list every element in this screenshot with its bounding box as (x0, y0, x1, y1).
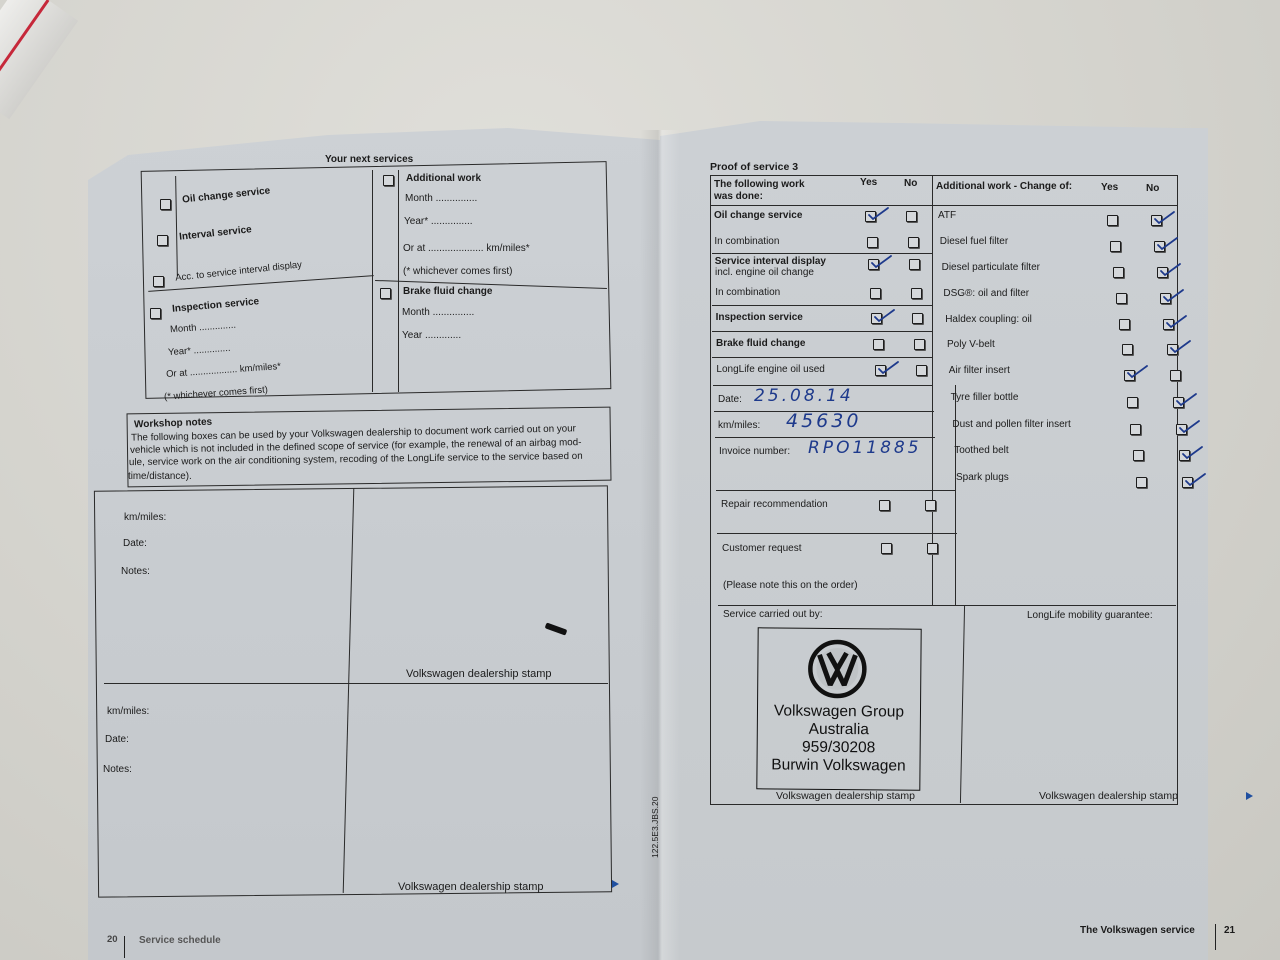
additional-item-no-checkbox[interactable] (1170, 370, 1181, 381)
work-header-no: No (904, 178, 917, 189)
divider (932, 175, 933, 206)
checkmark-icon (873, 308, 895, 322)
brake-fluid-year: Year ............. (402, 330, 461, 341)
additional-item-yes-checkbox[interactable] (1133, 450, 1144, 461)
additional-work-month: Month ............... (405, 193, 477, 204)
additional-item-label: Air filter insert (949, 365, 1010, 376)
checkmark-icon (1165, 314, 1187, 328)
checkmark-icon (1162, 288, 1184, 302)
dealership-stamp: Volkswagen Group Australia 959/30208 Bur… (756, 627, 921, 790)
invoice-label: Invoice number: (719, 446, 790, 457)
footer-separator (124, 936, 125, 958)
checkmark-icon (867, 206, 889, 220)
entry1-date-label: Date: (123, 538, 147, 549)
entry2-date-label: Date: (105, 734, 129, 745)
footer-separator (1215, 924, 1216, 950)
work-item-no-checkbox[interactable] (909, 259, 920, 270)
divider (711, 205, 1177, 206)
additional-item-yes-checkbox[interactable] (1116, 293, 1127, 304)
work-item-label: Oil change service (714, 210, 802, 221)
divider (955, 385, 956, 605)
additional-item-yes-checkbox[interactable] (1127, 397, 1138, 408)
checkmark-icon (1156, 236, 1178, 250)
continue-arrow-icon (612, 880, 619, 888)
work-item-label: Brake fluid change (716, 338, 805, 349)
divider (372, 170, 373, 392)
checkmark-icon (877, 360, 899, 374)
additional-item-yes-checkbox[interactable] (1136, 477, 1147, 488)
guarantee-label: LongLife mobility guarantee: (1027, 610, 1153, 621)
checkmark-icon (1175, 392, 1197, 406)
checkmark-icon (1178, 419, 1200, 433)
additional-item-label: Diesel fuel filter (940, 236, 1008, 247)
workshop-entries-frame (94, 485, 612, 897)
additional-item-yes-checkbox[interactable] (1119, 319, 1130, 330)
additional-item-yes-checkbox[interactable] (1113, 267, 1124, 278)
inspection-service-checkbox[interactable] (150, 308, 161, 319)
entry1-notes-label: Notes: (121, 566, 150, 577)
additional-item-label: Haldex coupling: oil (945, 314, 1032, 325)
repair-recommendation-yes-checkbox[interactable] (879, 500, 890, 511)
additional-item-label: ATF (938, 210, 956, 221)
work-item-label: In combination (714, 236, 779, 247)
oil-change-checkbox[interactable] (160, 199, 171, 210)
checkmark-icon (1184, 472, 1206, 486)
work-item-yes-checkbox[interactable] (873, 339, 884, 350)
entry2-notes-label: Notes: (103, 764, 132, 775)
checkmark-icon (870, 254, 892, 268)
divider (716, 490, 956, 491)
additional-item-label: Poly V-belt (947, 339, 995, 350)
repair-recommendation-label: Repair recommendation (721, 499, 828, 510)
service-by-label: Service carried out by: (723, 609, 823, 620)
additional-work-or-at: Or at .................... km/miles* (403, 243, 530, 254)
work-item-no-checkbox[interactable] (911, 288, 922, 299)
work-item-sublabel: incl. engine oil change (715, 267, 814, 278)
vw-logo-icon (807, 639, 868, 700)
interval-service-checkbox[interactable] (157, 235, 168, 246)
entry2-stamp-label: Volkswagen dealership stamp (398, 881, 544, 893)
work-item-no-checkbox[interactable] (908, 237, 919, 248)
right-page-number: 21 (1224, 925, 1235, 936)
additional-work-note: (* whichever comes first) (403, 266, 512, 277)
invoice-value[interactable]: RPO11885 (808, 438, 922, 458)
additional-header-label: Additional work - Change of: (936, 181, 1072, 192)
customer-request-label: Customer request (722, 543, 801, 554)
stamp-label-left: Volkswagen dealership stamp (776, 790, 915, 802)
checkmark-icon (1169, 339, 1191, 353)
additional-work-label: Additional work (406, 173, 481, 184)
entry2-km-label: km/miles: (107, 706, 149, 717)
additional-item-label: Tyre filler bottle (951, 392, 1019, 403)
additional-header-yes: Yes (1101, 182, 1118, 193)
work-header-yes: Yes (860, 177, 877, 188)
checkmark-icon (1153, 210, 1175, 224)
right-page-footer: The Volkswagen service (1080, 925, 1195, 936)
date-label: Date: (718, 394, 742, 405)
booklet-gutter (640, 130, 680, 960)
entry1-km-label: km/miles: (124, 512, 166, 523)
service-interval-display-checkbox[interactable] (153, 276, 164, 287)
divider (712, 357, 933, 358)
work-header-label: The following work was done: (714, 179, 824, 203)
additional-header-no: No (1146, 183, 1159, 194)
checkmark-icon (1181, 445, 1203, 459)
divider (718, 605, 1176, 606)
stamp-label-right: Volkswagen dealership stamp (1039, 790, 1178, 802)
divider (104, 683, 608, 684)
checkmark-icon (1126, 364, 1148, 378)
additional-item-label: Diesel particulate filter (942, 262, 1040, 273)
work-item-label: Service interval display (715, 256, 826, 267)
checkmark-icon (1159, 262, 1181, 276)
work-item-no-checkbox[interactable] (914, 339, 925, 350)
km-label: km/miles: (718, 420, 760, 431)
divider (717, 533, 957, 534)
left-page-number: 20 (107, 934, 118, 945)
work-item-yes-checkbox[interactable] (870, 288, 881, 299)
work-item-label: In combination (715, 287, 780, 298)
additional-item-yes-checkbox[interactable] (1110, 241, 1121, 252)
next-services-title: Your next services (325, 154, 413, 165)
additional-item-label: Spark plugs (956, 472, 1009, 483)
km-value[interactable]: 45630 (786, 410, 861, 432)
stamp-line: Burwin Volkswagen (757, 756, 919, 775)
stamp-line: Volkswagen Group (758, 702, 920, 721)
additional-item-yes-checkbox[interactable] (1122, 344, 1133, 355)
additional-work-checkbox[interactable] (383, 175, 394, 186)
continue-arrow-icon (1246, 792, 1253, 800)
brake-fluid-checkbox[interactable] (380, 288, 391, 299)
repair-recommendation-no-checkbox[interactable] (925, 500, 936, 511)
work-item-no-checkbox[interactable] (912, 313, 923, 324)
additional-item-yes-checkbox[interactable] (1130, 424, 1141, 435)
work-item-no-checkbox[interactable] (906, 211, 917, 222)
work-item-yes-checkbox[interactable] (867, 237, 878, 248)
divider (712, 253, 933, 254)
brake-fluid-label: Brake fluid change (403, 286, 492, 297)
work-item-label: Inspection service (716, 312, 803, 323)
work-item-label: LongLife engine oil used (716, 364, 824, 375)
customer-request-note: (Please note this on the order) (723, 579, 863, 592)
entry1-stamp-label: Volkswagen dealership stamp (406, 668, 552, 680)
proof-title: Proof of service 3 (710, 161, 798, 173)
additional-work-year: Year* ............... (404, 216, 473, 227)
print-code: 122.5E3.JBS.20 (650, 797, 660, 858)
date-value[interactable]: 25.08.14 (754, 386, 854, 406)
stamp-line: Australia (758, 720, 920, 739)
brake-fluid-month: Month ............... (402, 307, 474, 318)
left-page-footer: Service schedule (139, 935, 221, 946)
additional-item-label: Toothed belt (954, 445, 1009, 456)
stamp-line: 959/30208 (758, 738, 920, 757)
divider (712, 331, 933, 332)
workshop-notes-line: time/distance). (128, 471, 192, 482)
additional-item-label: DSG®: oil and filter (943, 288, 1029, 299)
work-item-no-checkbox[interactable] (916, 365, 927, 376)
customer-request-yes-checkbox[interactable] (881, 543, 892, 554)
divider (712, 305, 933, 306)
additional-item-label: Dust and pollen filter insert (952, 419, 1070, 430)
customer-request-no-checkbox[interactable] (927, 543, 938, 554)
additional-item-yes-checkbox[interactable] (1107, 215, 1118, 226)
